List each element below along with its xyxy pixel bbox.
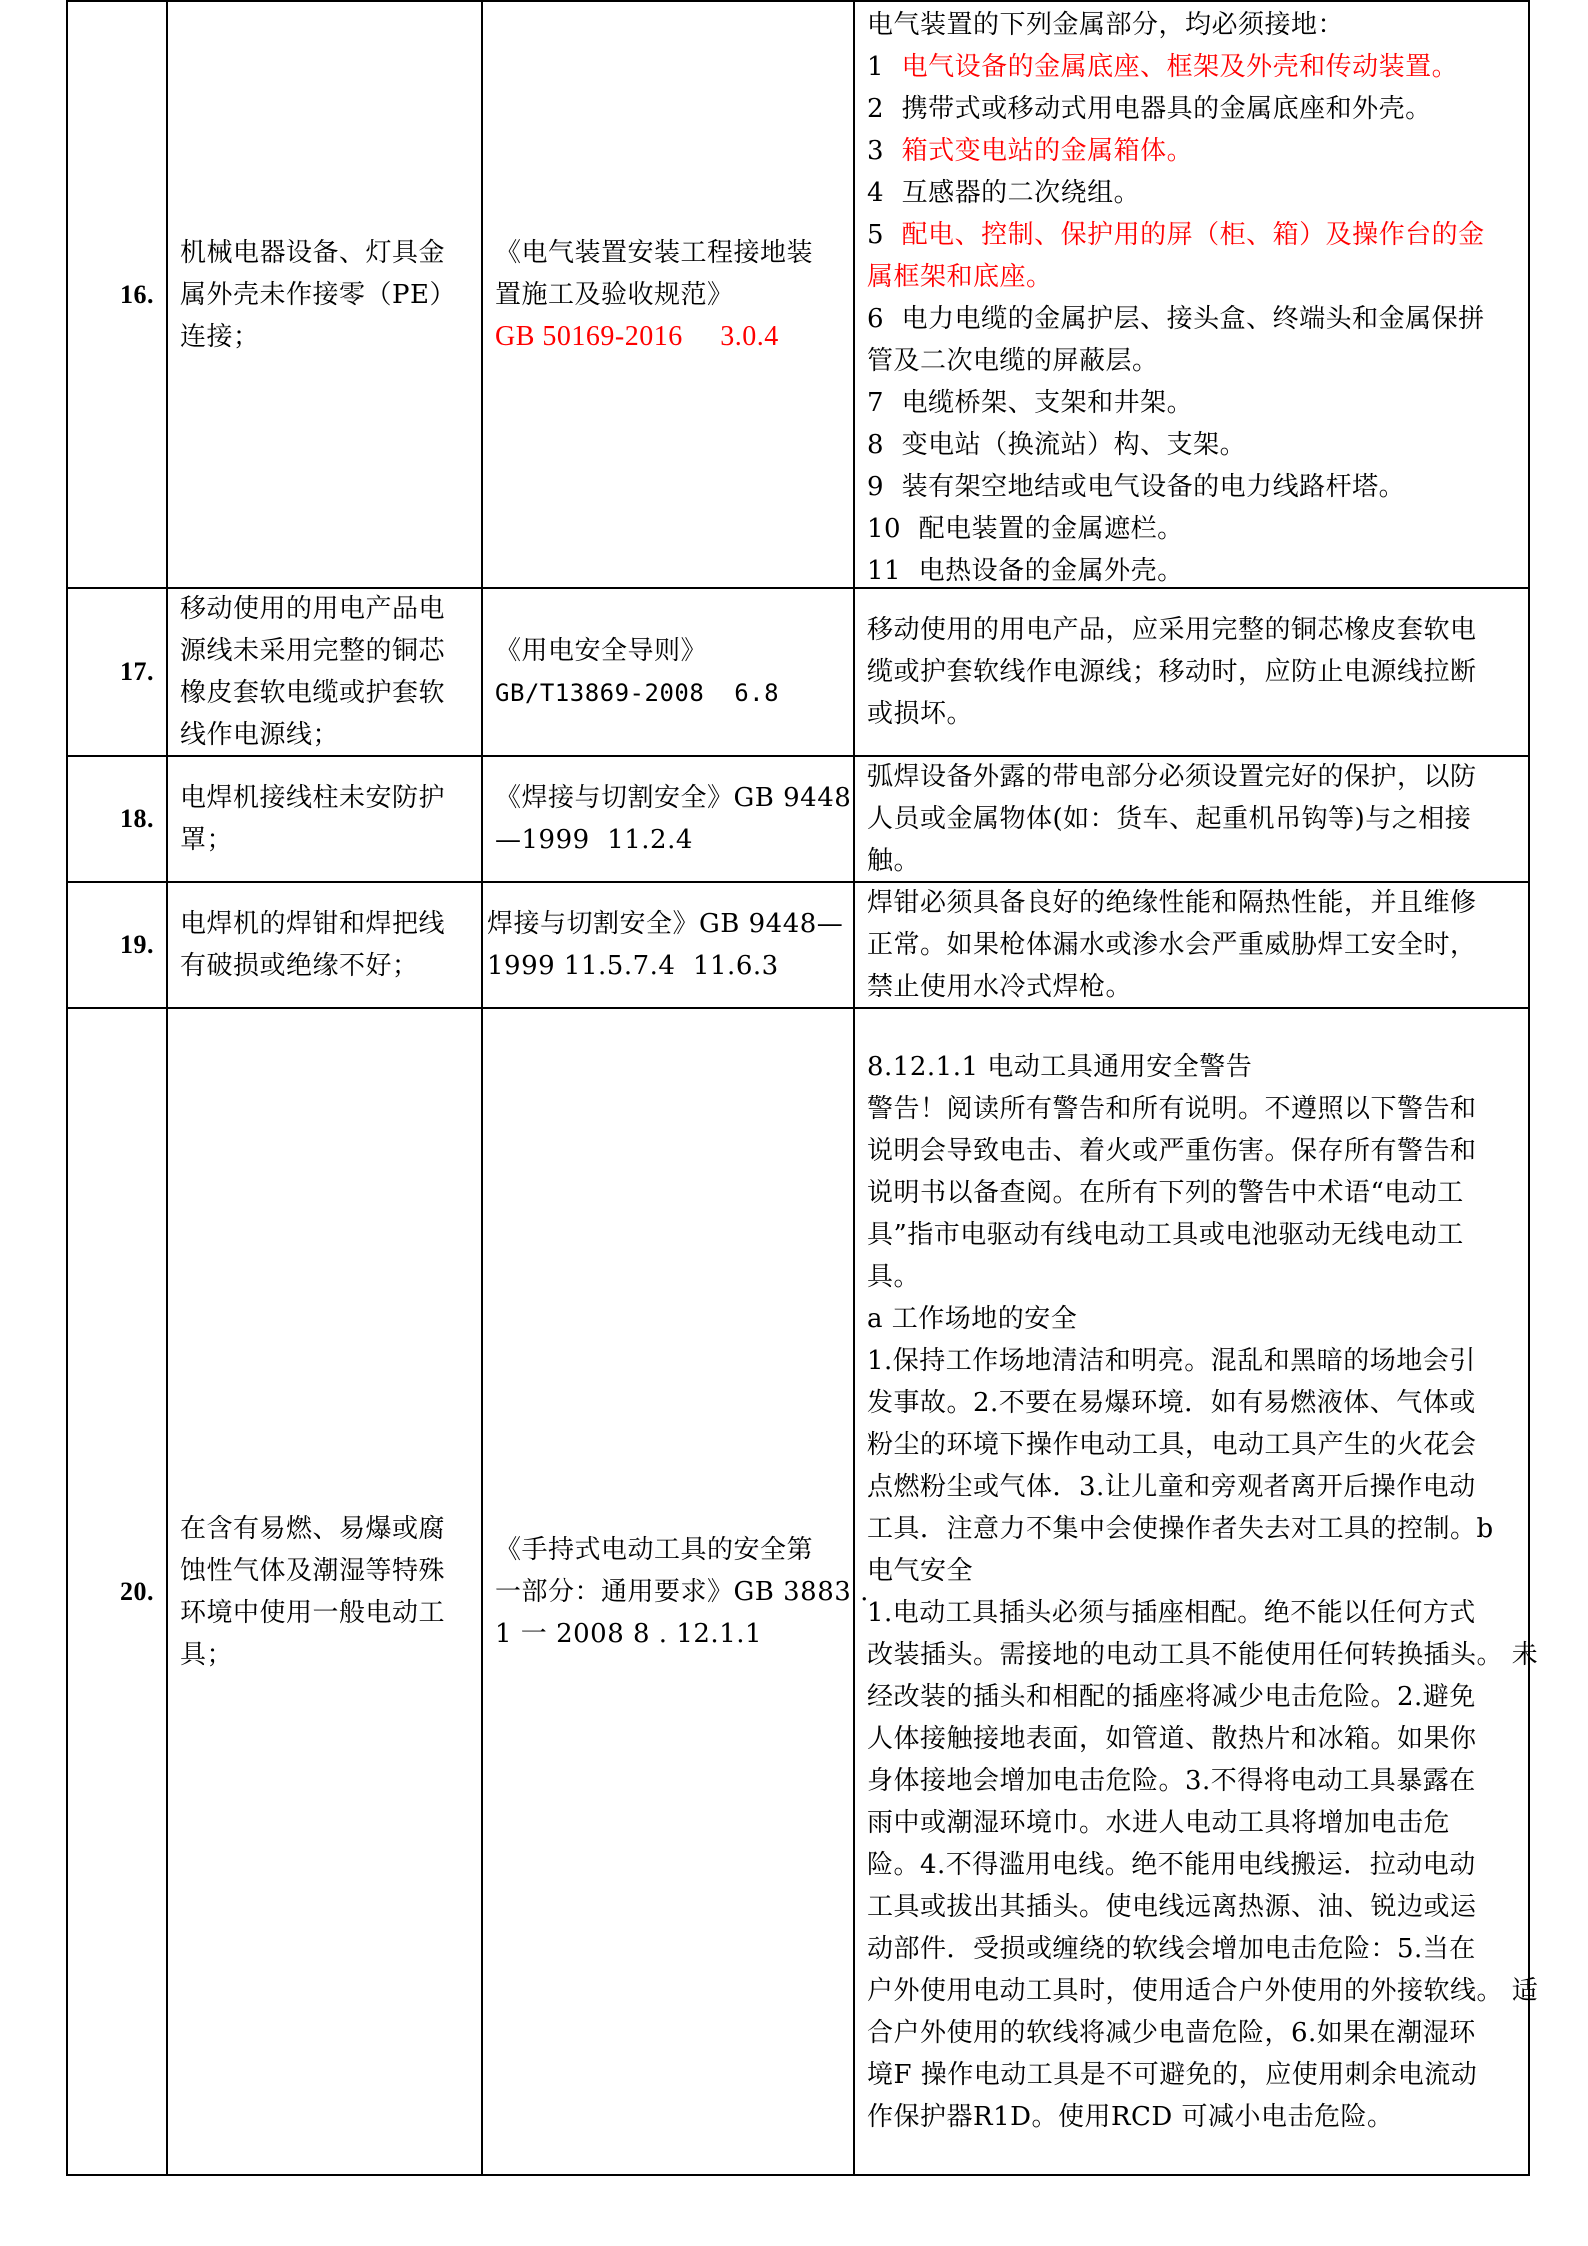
requirement-line: 缆或护套软线作电源线；移动时，应防止电源线拉断 [867,651,1528,693]
regulation-table: 16. 机械电器设备、灯具金 属外壳未作接零（PE） 连接； 《电气装置安装工程… [0,0,1588,2246]
basis-line: GB/T13869-2008 6.8 [495,672,853,714]
item-number: 9 [867,472,884,502]
row-number: 18. [68,757,166,881]
requirement-item: 7 电缆桥架、支架和井架。 [867,382,1528,424]
item-text: 变电站（换流站）构、支架。 [902,430,1247,460]
item-text: 互感器的二次绕组。 [902,178,1141,208]
requirement-line: 合户外使用的软线将减少电啬危险，6.如果在潮湿环 [867,2012,1528,2054]
requirement-line: 电气安全 [867,1550,1528,1592]
item-text: 箱式变电站的金属箱体。 [902,136,1194,166]
requirement-item: 5 配电、控制、保护用的屏（柜、箱）及操作台的金 [867,214,1528,256]
requirement-item: 4 互感器的二次绕组。 [867,172,1528,214]
issue-cell: 移动使用的用电产品电 源线未采用完整的铜芯 橡皮套软电缆或护套软 线作电源线； [168,589,481,755]
row-number-text: 16. [68,274,154,316]
item-text: 电力电缆的金属护层、接头盒、终端头和金属保拼 [902,304,1485,334]
issue-line: 属外壳未作接零（PE） [180,274,481,316]
requirement-line: 身体接地会增加电击危险。3.不得将电动工具暴露在 [867,1760,1528,1802]
issue-line: 橡皮套软电缆或护套软 [180,672,481,714]
requirement-line: 改装插头。需接地的电动工具不能使用任何转换插头。 未 [867,1634,1528,1676]
requirement-line: 工具或拔出其插头。使电线远离热源、油、锐边或运 [867,1886,1528,1928]
requirement-item: 1 电气设备的金属底座、框架及外壳和传动装置。 [867,46,1528,88]
row-number-text: 18. [68,798,154,840]
basis-cell: 《焊接与切割安全》GB 9448 —1999 11.2.4 [483,757,853,881]
requirement-line: 1.保持工作场地清洁和明亮。混乱和黑暗的场地会引 [867,1340,1528,1382]
item-text-continued: 属框架和底座。 [867,256,1528,298]
item-number: 10 [867,514,901,544]
basis-cell: 《电气装置安装工程接地装 置施工及验收规范》 GB 50169-2016 3.0… [483,2,853,587]
issue-line: 电焊机的焊钳和焊把线 [180,903,481,945]
row-number: 19. [68,883,166,1007]
table-border-bottom [67,2174,1530,2176]
requirement-line: 动部件．受损或缠绕的软线会增加电击危险：5.当在 [867,1928,1528,1970]
issue-cell: 机械电器设备、灯具金 属外壳未作接零（PE） 连接； [168,2,481,587]
issue-line: 电焊机接线柱未安防护 [180,777,481,819]
basis-code: GB 50169-2016 3.0.4 [495,316,853,358]
table-border-right [1528,0,1530,2176]
issue-line: 连接； [180,316,481,358]
requirement-cell: 移动使用的用电产品，应采用完整的铜芯橡皮套软电 缆或护套软线作电源线；移动时，应… [855,589,1528,755]
issue-cell: 在含有易燃、易爆或腐 蚀性气体及潮湿等特殊 环境中使用一般电动工 具； [168,1009,481,2174]
issue-line: 机械电器设备、灯具金 [180,232,481,274]
requirement-item: 6 电力电缆的金属护层、接头盒、终端头和金属保拼 [867,298,1528,340]
item-text: 携带式或移动式用电器具的金属底座和外壳。 [902,94,1432,124]
requirement-line: 说明会导致电击、着火或严重伤害。保存所有警告和 [867,1130,1528,1172]
requirement-item: 3 箱式变电站的金属箱体。 [867,130,1528,172]
requirement-line: 焊钳必须具备良好的绝缘性能和隔热性能，并且维修 [867,882,1528,924]
basis-line: 1 一 2008 8 . 12.1.1 [495,1613,853,1655]
row-number-text: 19. [68,924,154,966]
requirement-line: 具。 [867,1256,1528,1298]
item-text: 电气设备的金属底座、框架及外壳和传动装置。 [902,52,1459,82]
requirement-item: 11 电热设备的金属外壳。 [867,550,1528,592]
requirement-line: 8.12.1.1 电动工具通用安全警告 [867,1046,1528,1088]
requirement-line: 1.电动工具插头必须与插座相配。绝不能以任何方式 [867,1592,1528,1634]
requirement-item: 10 配电装置的金属遮栏。 [867,508,1528,550]
requirement-line: 人体接触接地表面，如管道、散热片和冰箱。如果你 [867,1718,1528,1760]
item-number: 3 [867,136,884,166]
requirement-line: 工具．注意力不集中会使操作者失去对工具的控制。b [867,1508,1528,1550]
requirement-line: 经改装的插头和相配的插座将减少电击危险。2.避免 [867,1676,1528,1718]
row-number: 16. [68,2,166,587]
issue-line: 环境中使用一般电动工 [180,1592,481,1634]
issue-line: 罩； [180,819,481,861]
item-number: 1 [867,52,884,82]
basis-line: —1999 11.2.4 [495,819,853,861]
item-number: 2 [867,94,884,124]
basis-cell: 《手持式电动工具的安全第 一部分：通用要求》GB 3883 . 1 一 2008… [483,1009,853,2174]
row-number-text: 20. [68,1571,154,1613]
requirement-line: 弧焊设备外露的带电部分必须设置完好的保护，以防 [867,756,1528,798]
requirement-cell: 8.12.1.1 电动工具通用安全警告 警告！阅读所有警告和所有说明。不遵照以下… [855,1009,1528,2174]
row-number: 20. [68,1009,166,2174]
issue-line: 蚀性气体及潮湿等特殊 [180,1550,481,1592]
requirement-line: 禁止使用水冷式焊枪。 [867,966,1528,1008]
item-text-continued: 管及二次电缆的屏蔽层。 [867,340,1528,382]
requirement-line: 点燃粉尘或气体．3.让儿童和旁观者离开后操作电动 [867,1466,1528,1508]
requirement-line: 雨中或潮湿环境巾。水进人电动工具将增加电击危 [867,1802,1528,1844]
requirement-item: 2 携带式或移动式用电器具的金属底座和外壳。 [867,88,1528,130]
item-number: 6 [867,304,884,334]
item-text: 电缆桥架、支架和井架。 [902,388,1194,418]
requirement-line: 警告！阅读所有警告和所有说明。不遵照以下警告和 [867,1088,1528,1130]
requirement-line: 境F 操作电动工具是不可避免的，应使用刺余电流动 [867,2054,1528,2096]
issue-line: 移动使用的用电产品电 [180,588,481,630]
requirement-cell: 焊钳必须具备良好的绝缘性能和隔热性能，并且维修 正常。如果枪体漏水或渗水会严重威… [855,883,1528,1007]
requirement-line: 说明书以备查阅。在所有下列的警告中术语“电动工 [867,1172,1528,1214]
issue-cell: 电焊机接线柱未安防护 罩； [168,757,481,881]
requirement-cell: 电气装置的下列金属部分，均必须接地： 1 电气设备的金属底座、框架及外壳和传动装… [855,2,1528,587]
item-text: 配电、控制、保护用的屏（柜、箱）及操作台的金 [902,220,1485,250]
requirement-line: 具”指市电驱动有线电动工具或电池驱动无线电动工 [867,1214,1528,1256]
requirement-line: 触。 [867,840,1528,882]
basis-line: 1999 11.5.7.4 11.6.3 [487,945,853,987]
basis-line: 置施工及验收规范》 [495,274,853,316]
item-number: 4 [867,178,884,208]
requirement-cell: 弧焊设备外露的带电部分必须设置完好的保护，以防 人员或金属物体(如：货车、起重机… [855,757,1528,881]
requirement-item: 9 装有架空地结或电气设备的电力线路杆塔。 [867,466,1528,508]
issue-cell: 电焊机的焊钳和焊把线 有破损或绝缘不好； [168,883,481,1007]
issue-line: 有破损或绝缘不好； [180,945,481,987]
item-text: 电热设备的金属外壳。 [919,556,1184,586]
issue-line: 源线未采用完整的铜芯 [180,630,481,672]
requirement-intro: 电气装置的下列金属部分，均必须接地： [867,4,1528,46]
item-text: 装有架空地结或电气设备的电力线路杆塔。 [902,472,1406,502]
requirement-line: 或损坏。 [867,693,1528,735]
basis-line: 《用电安全导则》 [495,630,853,672]
row-number-text: 17. [68,651,154,693]
item-number: 5 [867,220,884,250]
issue-line: 在含有易燃、易爆或腐 [180,1508,481,1550]
requirement-line: 正常。如果枪体漏水或渗水会严重威胁焊工安全时， [867,924,1528,966]
issue-line: 具； [180,1634,481,1676]
item-number: 8 [867,430,884,460]
requirement-line: 移动使用的用电产品，应采用完整的铜芯橡皮套软电 [867,609,1528,651]
basis-line: 一部分：通用要求》GB 3883 . [495,1571,853,1613]
requirement-line: 粉尘的环境下操作电动工具，电动工具产生的火花会 [867,1424,1528,1466]
basis-line: 焊接与切割安全》GB 9448— [487,903,853,945]
item-text: 配电装置的金属遮栏。 [919,514,1184,544]
requirement-line: 人员或金属物体(如：货车、起重机吊钩等)与之相接 [867,798,1528,840]
basis-line: 《手持式电动工具的安全第 [495,1529,853,1571]
requirement-line: 险。4.不得滥用电线。绝不能用电线搬运．拉动电动 [867,1844,1528,1886]
item-number: 7 [867,388,884,418]
basis-cell: 《用电安全导则》 GB/T13869-2008 6.8 [483,589,853,755]
basis-cell: 焊接与切割安全》GB 9448— 1999 11.5.7.4 11.6.3 [483,883,853,1007]
requirement-line: 户外使用电动工具时，使用适合户外使用的外接软线。 适 [867,1970,1528,2012]
row-number: 17. [68,589,166,755]
requirement-line: 发事故。2.不要在易爆环境．如有易燃液体、气体或 [867,1382,1528,1424]
basis-line: 《电气装置安装工程接地装 [495,232,853,274]
issue-line: 线作电源线； [180,714,481,756]
requirement-item: 8 变电站（换流站）构、支架。 [867,424,1528,466]
item-number: 11 [867,556,901,586]
requirement-line: 作保护器R1D。使用RCD 可减小电击危险。 [867,2096,1528,2138]
basis-line: 《焊接与切割安全》GB 9448 [495,777,853,819]
requirement-line: a 工作场地的安全 [867,1298,1528,1340]
